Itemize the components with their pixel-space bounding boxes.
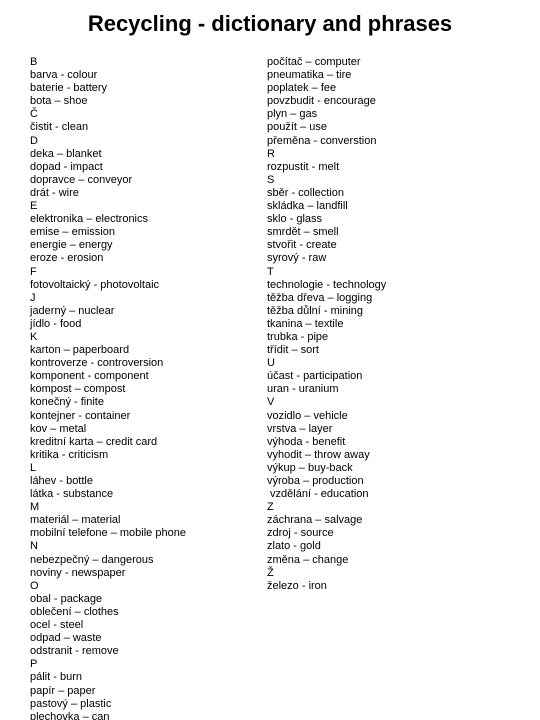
dict-entry: kreditní karta – credit card [30,436,260,449]
dict-entry: vyhodit – throw away [267,449,527,462]
letter-heading: Ž [267,567,527,580]
dict-entry: trubka - pipe [267,331,527,344]
letter-heading: B [30,56,260,69]
dict-entry: smrdět – smell [267,226,527,239]
letter-heading: J [30,292,260,305]
dict-entry: baterie - battery [30,82,260,95]
dict-entry: povzbudit - encourage [267,95,527,108]
dict-entry: jídlo - food [30,318,260,331]
dict-entry: vrstva – layer [267,423,527,436]
dict-entry: kov – metal [30,423,260,436]
dict-entry: vozidlo – vehicle [267,410,527,423]
letter-heading: T [267,266,527,279]
right-column: počítač – computerpneumatika – tirepopla… [267,56,527,593]
letter-heading: Č [30,108,260,121]
dict-entry: výhoda - benefit [267,436,527,449]
dict-entry: drát - wire [30,187,260,200]
dict-entry: dopad - impact [30,161,260,174]
dict-entry: tkanina – textile [267,318,527,331]
dict-entry: účast - participation [267,370,527,383]
dict-entry: přeměna - converstion [267,135,527,148]
document-page: { "title": "Recycling - dictionary and p… [0,0,540,720]
dict-entry: ocel - steel [30,619,260,632]
dict-entry: kontejner - container [30,410,260,423]
dict-entry: kritika - criticism [30,449,260,462]
letter-heading: E [30,200,260,213]
dict-entry: počítač – computer [267,56,527,69]
dict-entry: sklo - glass [267,213,527,226]
dict-entry: železo - iron [267,580,527,593]
dict-entry: nebezpečný – dangerous [30,554,260,567]
letter-heading: U [267,357,527,370]
dict-entry: dopravce – conveyor [30,174,260,187]
dict-entry: látka - substance [30,488,260,501]
dict-entry: energie – energy [30,239,260,252]
dict-entry: konečný - finite [30,396,260,409]
dict-entry: kontroverze - controversion [30,357,260,370]
letter-heading: L [30,462,260,475]
dict-entry: láhev - bottle [30,475,260,488]
dict-entry: jaderný – nuclear [30,305,260,318]
dict-entry: materiál – material [30,514,260,527]
dict-entry: pastový – plastic [30,698,260,711]
dict-entry: pneumatika – tire [267,69,527,82]
dict-entry: obal - package [30,593,260,606]
dict-entry: vzdělání - education [267,488,527,501]
dict-entry: změna – change [267,554,527,567]
letter-heading: V [267,396,527,409]
dict-entry: poplatek – fee [267,82,527,95]
dict-entry: odpad – waste [30,632,260,645]
dict-entry: odstranit - remove [30,645,260,658]
dict-entry: oblečení – clothes [30,606,260,619]
dict-entry: technologie - technology [267,279,527,292]
dict-entry: těžba dřeva – logging [267,292,527,305]
dict-entry: zdroj - source [267,527,527,540]
dict-entry: kompost – compost [30,383,260,396]
dict-entry: fotovoltaický - photovoltaic [30,279,260,292]
dict-entry: bota – shoe [30,95,260,108]
dict-entry: barva - colour [30,69,260,82]
dict-entry: těžba důlní - mining [267,305,527,318]
letter-heading: O [30,580,260,593]
letter-heading: D [30,135,260,148]
dict-entry: plechovka – can [30,711,260,720]
dict-entry: čistit - clean [30,121,260,134]
dict-entry: zlato - gold [267,540,527,553]
dict-entry: pálit - burn [30,671,260,684]
dict-entry: rozpustit - melt [267,161,527,174]
letter-heading: F [30,266,260,279]
letter-heading: S [267,174,527,187]
dict-entry: karton – paperboard [30,344,260,357]
dict-entry: plyn – gas [267,108,527,121]
dict-entry: komponent - component [30,370,260,383]
letter-heading: R [267,148,527,161]
page-background: Recycling - dictionary and phrases Bbarv… [0,0,540,720]
page-title: Recycling - dictionary and phrases [0,11,540,37]
dict-entry: mobilní telefone – mobile phone [30,527,260,540]
dict-entry: syrový - raw [267,252,527,265]
letter-heading: M [30,501,260,514]
dict-entry: skládka – landfill [267,200,527,213]
dict-entry: elektronika – electronics [30,213,260,226]
dict-entry: použít – use [267,121,527,134]
dict-entry: eroze - erosion [30,252,260,265]
dict-entry: emise – emission [30,226,260,239]
dict-entry: výroba – production [267,475,527,488]
dict-entry: noviny - newspaper [30,567,260,580]
dict-entry: třídit – sort [267,344,527,357]
dict-entry: záchrana – salvage [267,514,527,527]
left-column: Bbarva - colourbaterie - batterybota – s… [30,56,260,720]
dict-entry: sběr - collection [267,187,527,200]
letter-heading: K [30,331,260,344]
letter-heading: N [30,540,260,553]
dict-entry: papír – paper [30,685,260,698]
letter-heading: Z [267,501,527,514]
dict-entry: stvořit - create [267,239,527,252]
dict-entry: deka – blanket [30,148,260,161]
dict-entry: výkup – buy-back [267,462,527,475]
letter-heading: P [30,658,260,671]
dict-entry: uran - uranium [267,383,527,396]
